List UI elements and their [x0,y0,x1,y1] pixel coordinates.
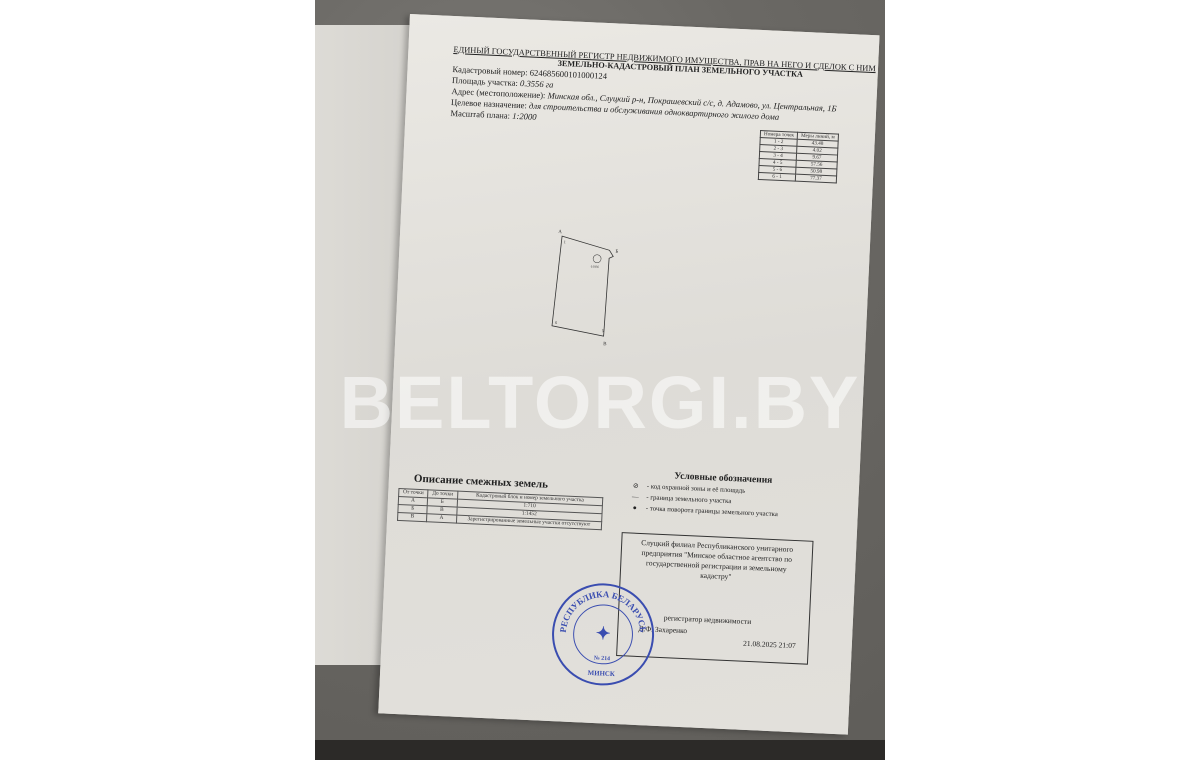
svg-text:№ 214: № 214 [594,655,611,662]
field-value: 0.3556 га [520,78,554,90]
svg-text:5: 5 [602,328,604,333]
protection-zone-icon: ⊘ [629,480,643,492]
svg-text:МИНСК: МИНСК [588,670,615,678]
svg-text:Б: Б [615,250,618,255]
svg-text:✦: ✦ [595,623,611,644]
svg-text:1: 1 [564,239,566,244]
svg-text:А: А [558,230,562,235]
turn-point-icon: ● [628,502,642,514]
table-edge [315,740,885,760]
table-cell: 6 - 1 [758,172,795,181]
line-measures-table: Номера точек Меры линий, м 1 - 243.482 -… [758,130,839,184]
header-block: ЕДИНЫЙ ГОСУДАРСТВЕННЫЙ РЕГИСТР НЕДВИЖИМО… [450,44,868,138]
adjacent-lands-table: От точки До точки Кадастровый блок и ном… [397,488,603,530]
boundary-line-icon: — [628,491,642,503]
table-cell: А [427,514,457,523]
table-cell: 77.37 [795,174,836,183]
field-label: Масштаб плана: [450,108,512,121]
field-value: 1:2000 [512,111,537,122]
adjacent-lands-title: Описание смежных земель [414,473,549,491]
organization-name: Слуцкий филиал Республиканского унитарно… [621,533,813,586]
svg-text:0.0356: 0.0356 [591,264,600,268]
svg-text:В: В [603,342,607,347]
legend: Условные обозначения ⊘ - код охранной зо… [628,469,780,520]
table-cell: В [398,512,428,521]
watermark: BELTORGI.BY [0,360,1200,445]
svg-text:6: 6 [555,320,557,325]
parcel-plan: А Б В 1 5 6 0.0356 [545,226,640,350]
registration-datetime: 21.08.2025 21:07 [743,639,796,651]
